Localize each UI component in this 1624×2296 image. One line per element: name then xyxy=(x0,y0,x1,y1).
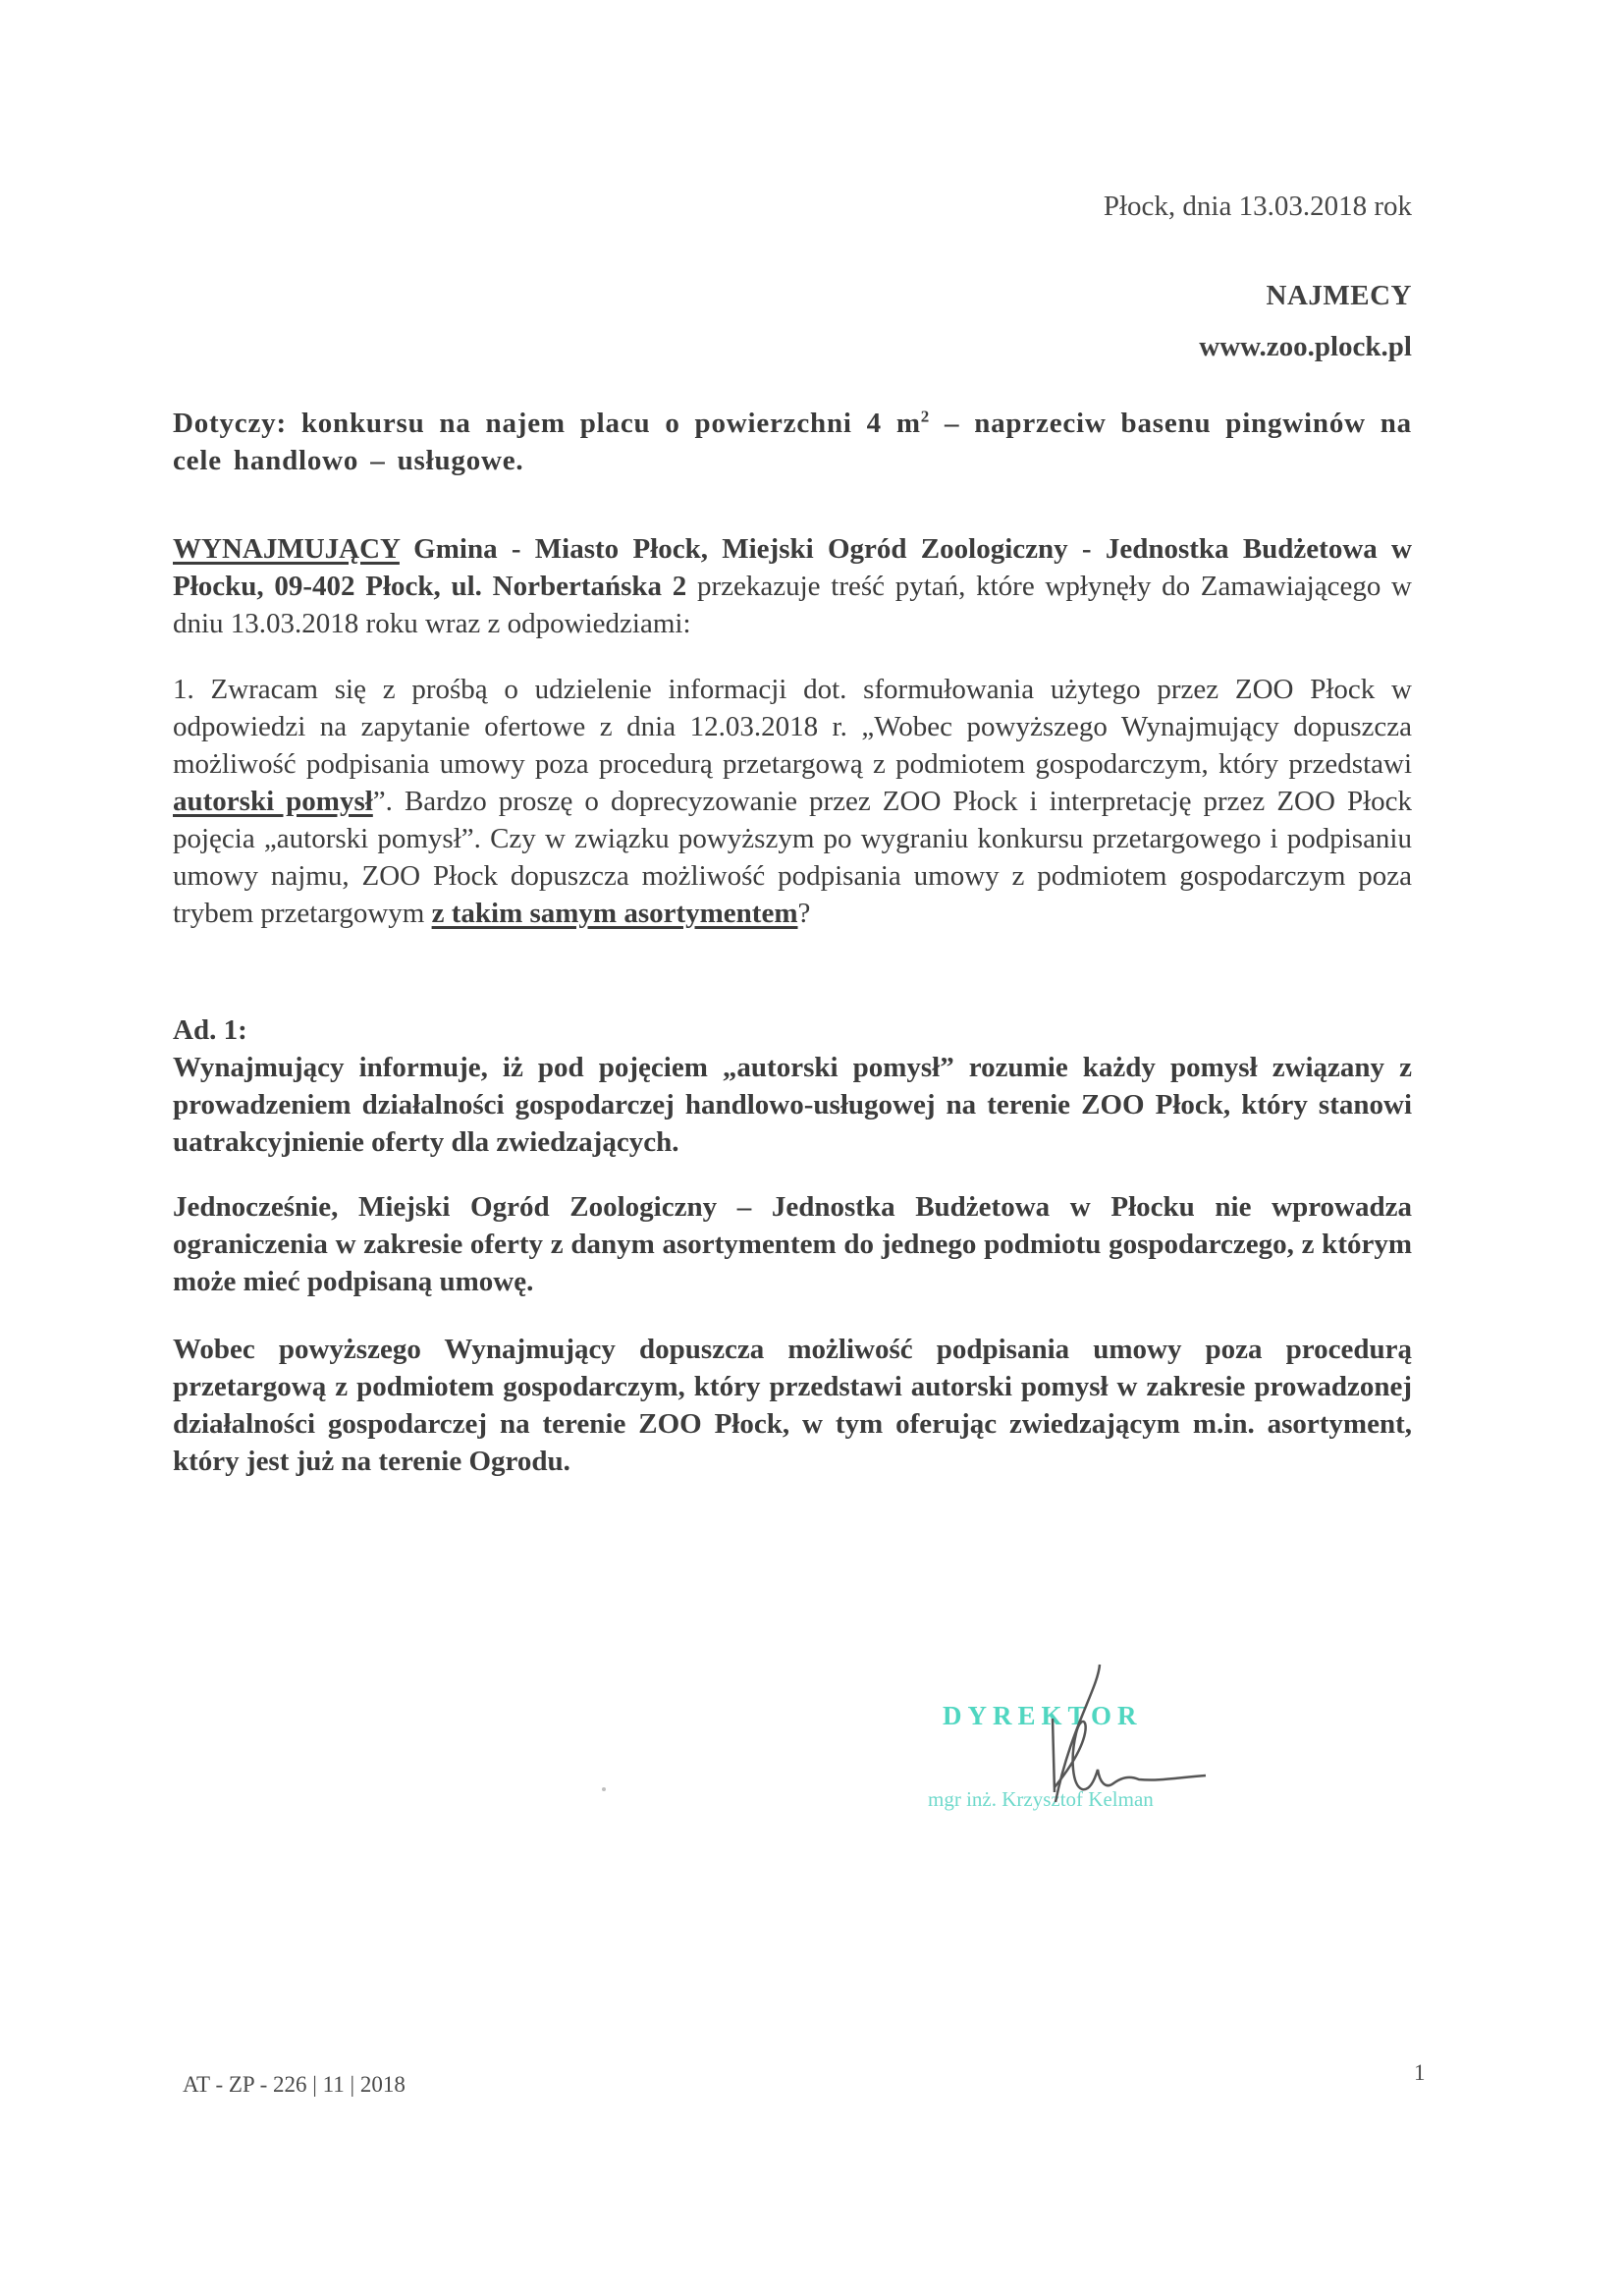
subject-line: Dotyczy: konkursu na najem placu o powie… xyxy=(173,405,1412,479)
recipient: NAJMECY xyxy=(1267,280,1413,312)
question-emphasis-1: autorski pomysł xyxy=(173,786,373,817)
question-1: 1. Zwracam się z prośbą o udzielenie inf… xyxy=(173,671,1412,932)
question-emphasis-2: z takim samym asortymentem xyxy=(432,898,798,929)
answer-paragraph-1: Wynajmujący informuje, iż pod pojęciem „… xyxy=(173,1049,1412,1161)
website: www.zoo.plock.pl xyxy=(1199,331,1412,363)
document-reference: AT - ZP - 226 | 11 | 2018 xyxy=(183,2072,406,2098)
page-number: 1 xyxy=(1414,2060,1426,2086)
subject-label: Dotyczy: xyxy=(173,408,287,439)
question-text-3: ? xyxy=(798,898,811,929)
place-date: Płock, dnia 13.03.2018 rok xyxy=(1104,191,1412,223)
answer-paragraph-2: Jednocześnie, Miejski Ogród Zoologiczny … xyxy=(173,1188,1412,1300)
signature-icon xyxy=(1011,1660,1227,1807)
answer-label: Ad. 1: xyxy=(173,1011,1412,1049)
question-text-1: 1. Zwracam się z prośbą o udzielenie inf… xyxy=(173,674,1412,780)
superscript: 2 xyxy=(921,407,930,425)
subject-text: konkursu na najem placu o powierzchni 4 … xyxy=(301,408,921,439)
intro-paragraph: WYNAJMUJĄCY Gmina - Miasto Płock, Miejsk… xyxy=(173,530,1412,642)
document-page: Płock, dnia 13.03.2018 rok NAJMECY www.z… xyxy=(0,0,1624,2296)
director-stamp: DYREKTOR mgr inż. Krzysztof Kelman xyxy=(933,1660,1247,1827)
lessor-label: WYNAJMUJĄCY xyxy=(173,533,400,565)
answer-paragraph-3: Wobec powyższego Wynajmujący dopuszcza m… xyxy=(173,1331,1412,1480)
scan-speck xyxy=(602,1787,606,1791)
